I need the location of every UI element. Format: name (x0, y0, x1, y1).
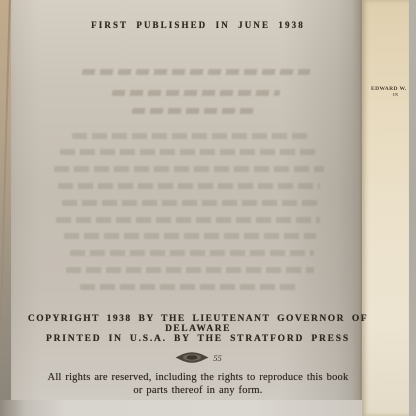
ghost-line (54, 166, 324, 172)
adjacent-page-name: Edward W. (371, 86, 407, 92)
copyright-line: COPYRIGHT 1938 BY THE LIEUTENANT GOVERNO… (20, 314, 376, 334)
printed-line: PRINTED IN U.S.A. BY THE STRATFORD PRESS (20, 334, 376, 344)
rights-line-1: All rights are reserved, including the r… (20, 372, 376, 383)
bottom-page-edge (0, 400, 362, 416)
ghost-line (60, 149, 318, 155)
page-gutter (0, 0, 11, 401)
ornament-number: 55 (213, 353, 222, 363)
ghost-line (58, 183, 320, 189)
fore-edge-strip (409, 0, 416, 416)
ornament-row: 55 (20, 352, 376, 363)
first-published-line: FIRST PUBLISHED IN JUNE 1938 (20, 20, 376, 30)
adjacent-page-text: Edward W. in (371, 87, 413, 97)
ghost-line (70, 250, 314, 256)
book-photo: FIRST PUBLISHED IN JUNE 1938 COPYRIGHT 1… (0, 0, 416, 416)
printers-union-bug-icon (174, 352, 210, 363)
ghost-line (112, 90, 281, 96)
ghost-line (56, 217, 320, 223)
ghost-line (82, 69, 311, 75)
ghost-line (80, 284, 300, 290)
ghost-line (72, 133, 310, 139)
ghost-line (132, 108, 259, 114)
adjacent-page-subtext: in (393, 92, 413, 97)
rights-line-2: or parts thereof in any form. (20, 385, 376, 396)
ghost-line (64, 233, 316, 239)
ghost-line (62, 200, 318, 206)
ghost-line (66, 267, 314, 273)
